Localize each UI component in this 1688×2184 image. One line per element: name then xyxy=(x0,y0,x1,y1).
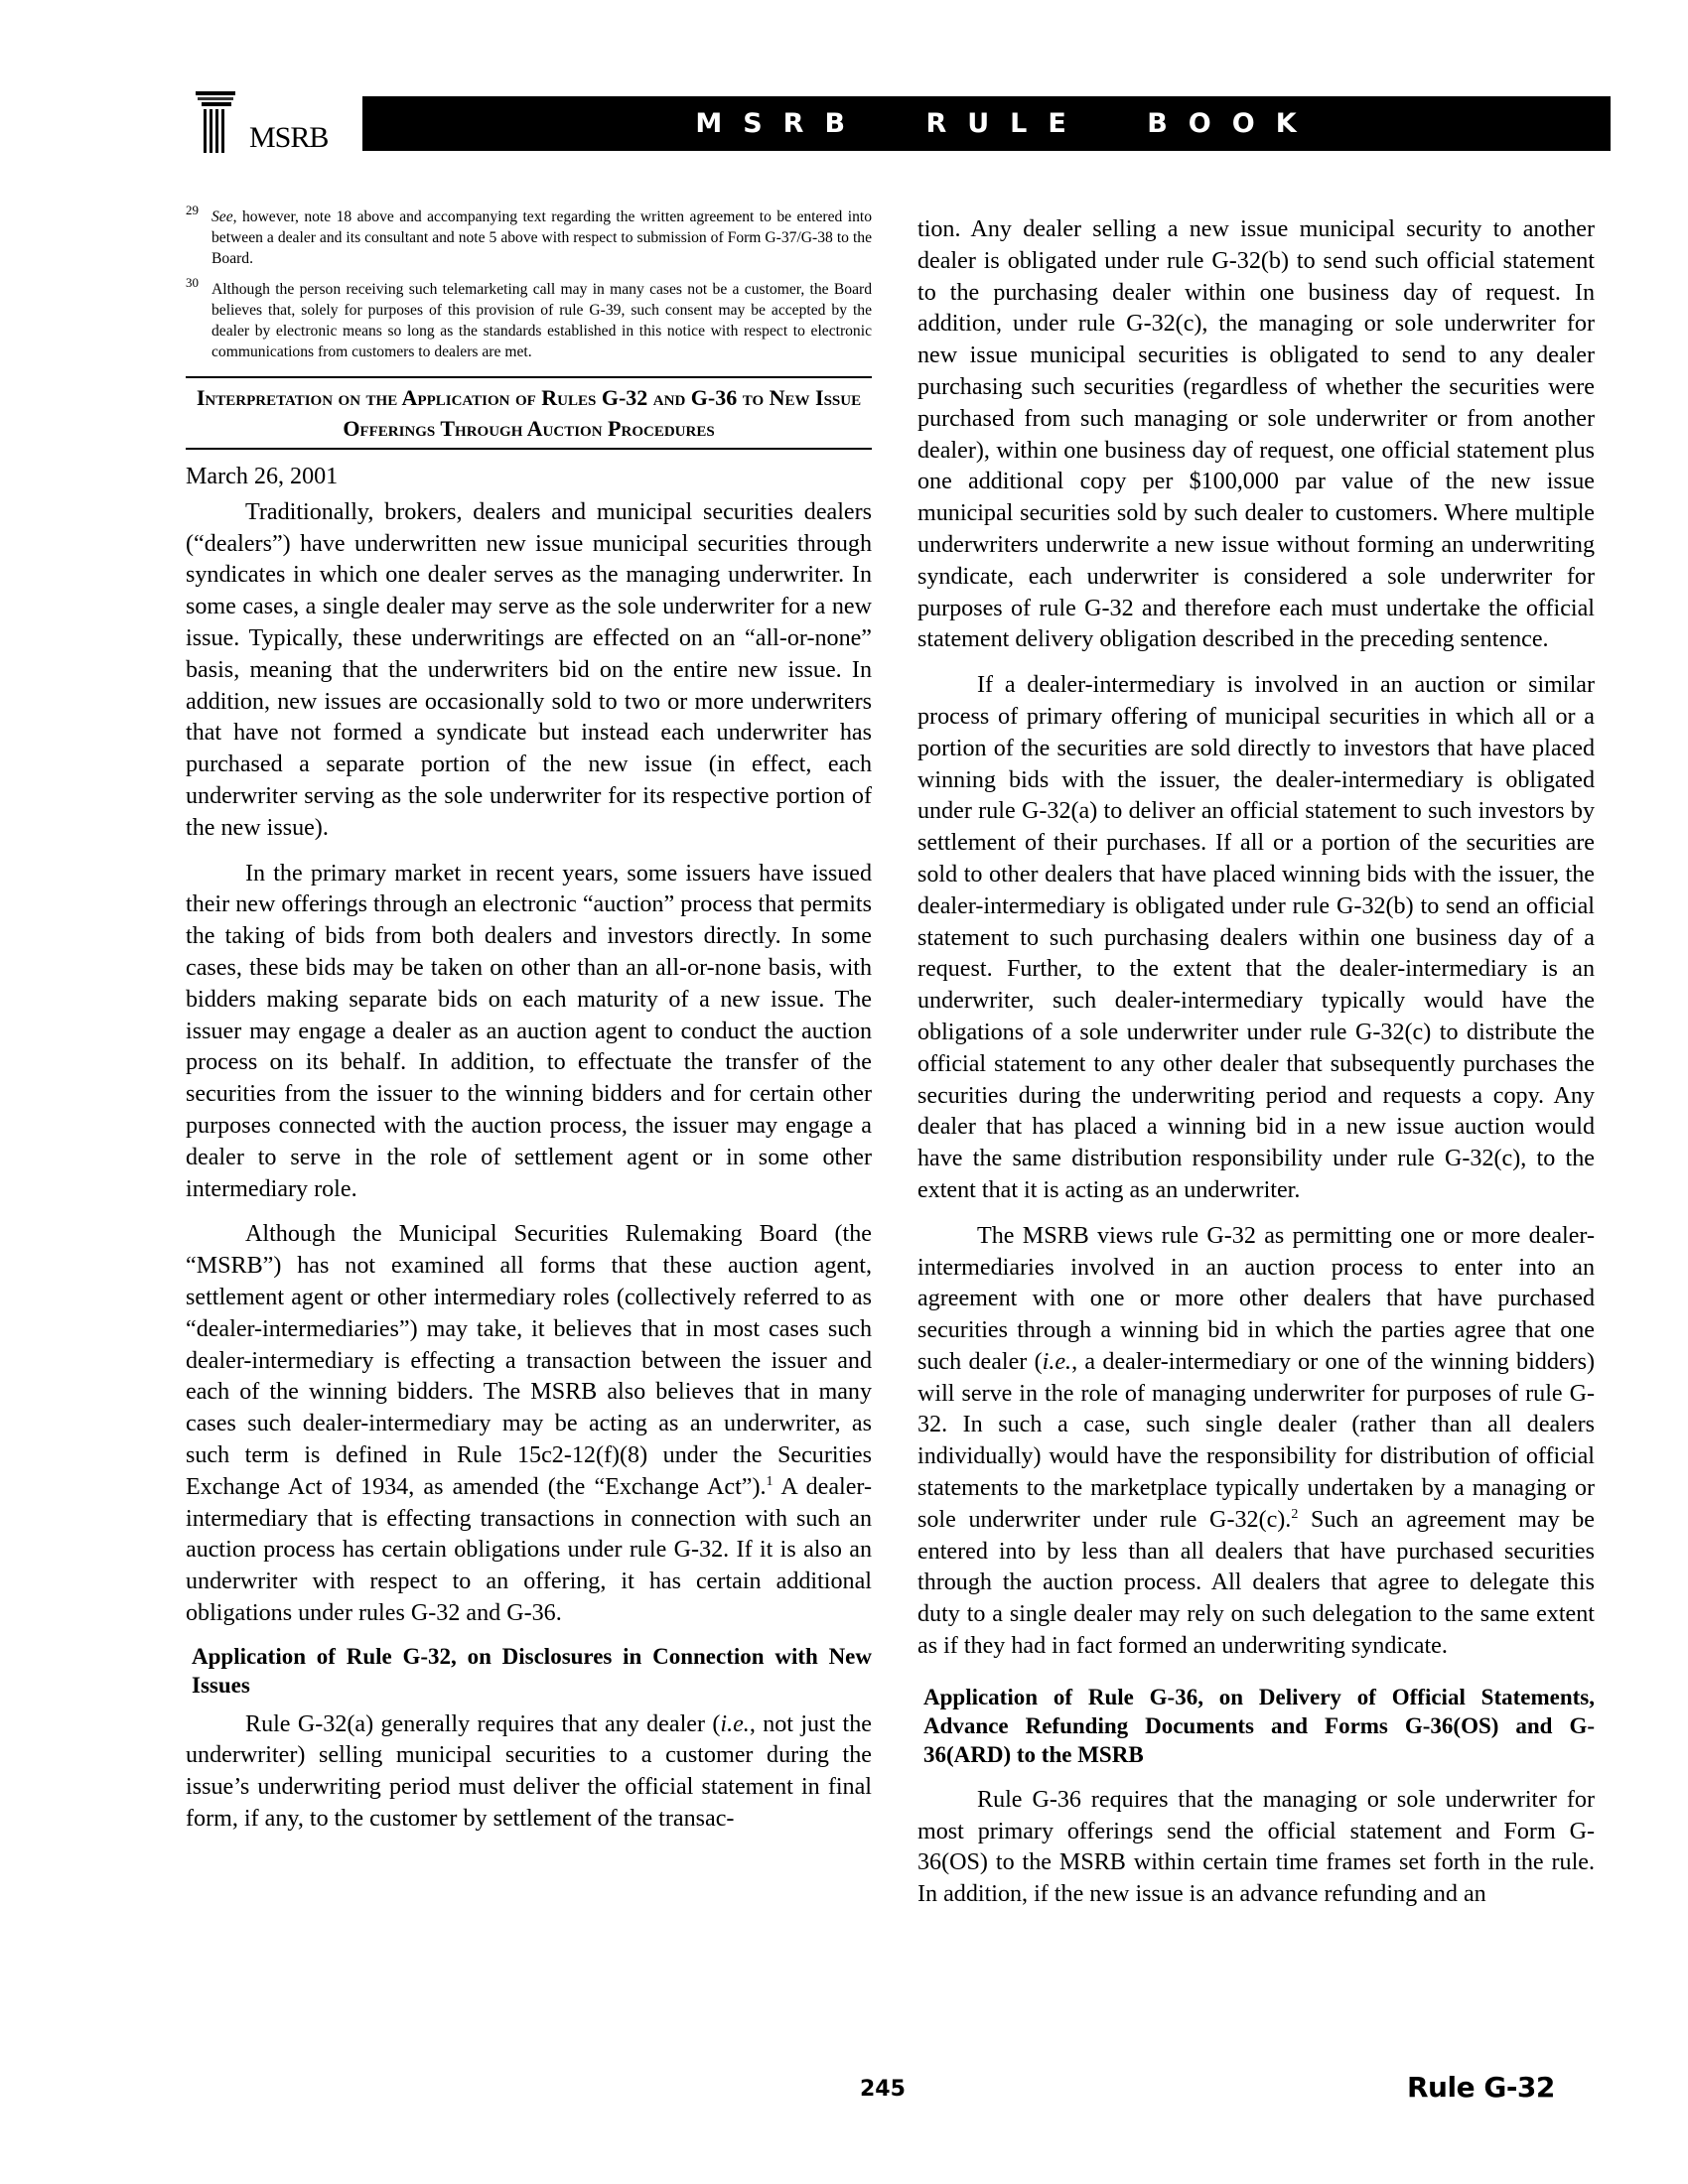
msrb-logo: MSRB xyxy=(164,91,352,161)
paragraph-italic: i.e. xyxy=(720,1711,749,1737)
paragraph: In the primary market in recent years, s… xyxy=(186,859,872,1206)
paragraph-text: Rule G-32(a) generally requires that any… xyxy=(245,1711,720,1737)
footnote-number: 30 xyxy=(186,272,199,293)
paragraph-continued: tion. Any dealer selling a new issue mun… xyxy=(917,214,1595,656)
footnote-30: 30 Although the person receiving such te… xyxy=(186,279,872,362)
paragraph-text: Although the Municipal Securities Rulema… xyxy=(186,1221,872,1499)
footnote-text: , however, note 18 above and accompanyin… xyxy=(211,208,872,267)
paragraph-italic: i.e. xyxy=(1043,1349,1071,1375)
header-banner: MSRB RULE BOOK xyxy=(362,96,1611,151)
document-date: March 26, 2001 xyxy=(186,462,872,493)
section-heading-g36: Application of Rule G-36, on Delivery of… xyxy=(923,1683,1595,1769)
paragraph-text: , a dealer-intermediary or one of the wi… xyxy=(917,1349,1595,1533)
right-column: tion. Any dealer selling a new issue mun… xyxy=(917,214,1595,1911)
footnote-29: 29 See, however, note 18 above and accom… xyxy=(186,206,872,269)
page-number: 245 xyxy=(860,2077,906,2102)
footer-rule-label: Rule G-32 xyxy=(1407,2071,1555,2104)
left-column: 29 See, however, note 18 above and accom… xyxy=(186,206,872,1836)
pillar-icon xyxy=(196,91,237,153)
paragraph-g32: Rule G-32(a) generally requires that any… xyxy=(186,1709,872,1836)
paragraph: If a dealer-intermediary is involved in … xyxy=(917,670,1595,1207)
paragraph-g36: Rule G-36 requires that the managing or … xyxy=(917,1785,1595,1911)
footnote-text: Although the person receiving such telem… xyxy=(211,281,872,360)
section-heading-g32: Application of Rule G-32, on Disclosures… xyxy=(192,1642,872,1700)
footnote-italic-lead: See xyxy=(211,208,233,225)
footnote-number: 29 xyxy=(186,200,199,220)
paragraph: Traditionally, brokers, dealers and muni… xyxy=(186,497,872,845)
banner-title: MSRB RULE BOOK xyxy=(655,108,1317,139)
footnote-ref-1: 1 xyxy=(767,1474,774,1489)
title-rule-bottom xyxy=(186,448,872,450)
logo-text: MSRB xyxy=(249,121,328,155)
paragraph-msrb: Although the Municipal Securities Rulema… xyxy=(186,1219,872,1629)
paragraph-delegation: The MSRB views rule G-32 as permitting o… xyxy=(917,1221,1595,1663)
document-title: Interpretation on the Application of Rul… xyxy=(186,378,872,448)
